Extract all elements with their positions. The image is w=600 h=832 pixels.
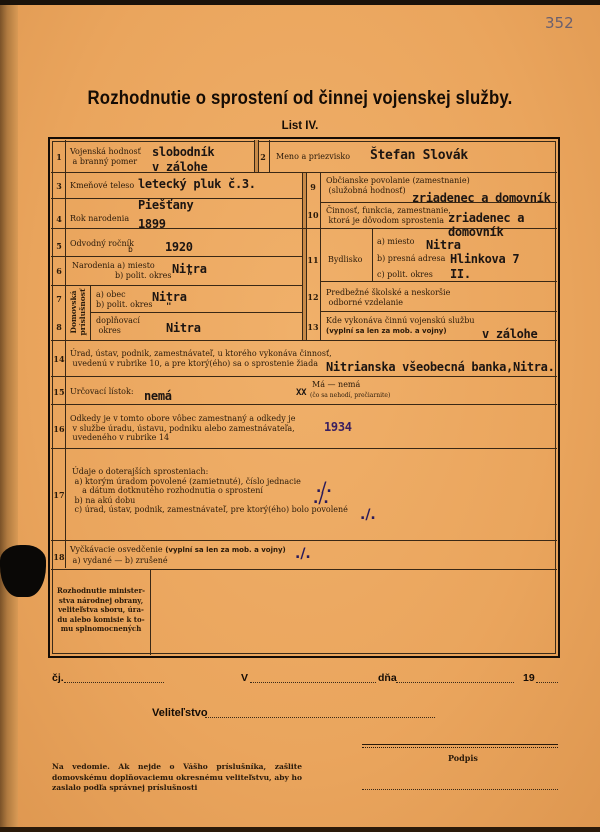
field-value-draft-year[interactable]: 1920 bbox=[165, 240, 193, 254]
field-label-birthplace: Narodenia a) miestob) polit. okres bbox=[72, 261, 171, 280]
field-value-waiting-certificate[interactable]: ./. bbox=[295, 546, 311, 562]
row-number: 17 bbox=[52, 490, 66, 500]
date-label: dňa bbox=[378, 672, 397, 684]
row-number: 15 bbox=[52, 387, 66, 397]
field-label-service-location: Kde vykonáva činnú vojenskú službu(vypln… bbox=[326, 316, 475, 336]
field-label-name: Meno a priezvisko bbox=[276, 152, 350, 162]
field-label-residence: Bydlisko bbox=[328, 255, 362, 265]
field-label-recruitment-district: doplňovací okres bbox=[96, 316, 140, 335]
field-value-id-card[interactable]: nemá bbox=[144, 389, 172, 403]
field-value-occupation[interactable]: zriadenec a domovník bbox=[412, 191, 551, 205]
field-value-rank[interactable]: slobodník bbox=[152, 145, 214, 159]
decision-box-field[interactable] bbox=[152, 571, 556, 655]
group-label-domicile: Domovskápríslušnosť bbox=[70, 286, 87, 338]
row-number: 5 bbox=[52, 241, 66, 251]
footer-note: Na vedomie. Ak nejde o Vášho príslušníka… bbox=[52, 762, 302, 794]
field-sublabel-address: b) presná adresa bbox=[377, 254, 445, 264]
field-options-has-not: Má — nemá bbox=[312, 380, 360, 390]
row-number: 9 bbox=[306, 182, 320, 192]
field-value-name[interactable]: Štefan Slovák bbox=[370, 148, 468, 163]
place-field[interactable] bbox=[250, 682, 376, 683]
field-value-activity[interactable]: zriadenec a bbox=[448, 211, 524, 225]
field-value-birth-place[interactable]: Piešťany bbox=[138, 198, 193, 212]
scan-border-bottom bbox=[0, 827, 600, 832]
scan-border-top bbox=[0, 0, 600, 5]
row-number: 14 bbox=[52, 354, 66, 364]
row-number: 10 bbox=[306, 210, 320, 220]
signature-field-2[interactable] bbox=[362, 789, 558, 790]
field-value-residence-place[interactable]: Nitra bbox=[426, 238, 461, 252]
document-title: Rozhodnutie o sprostení od činnej vojens… bbox=[42, 87, 558, 110]
field-value-reserve-status[interactable]: v zálohe bbox=[152, 160, 207, 174]
row-number: 4 bbox=[52, 214, 66, 224]
field-label-draft-year: Odvodný ročník bbox=[70, 239, 134, 249]
row-number: 3 bbox=[52, 181, 66, 191]
field-label-rank: Vojenská hodnosť a branný pomer bbox=[70, 147, 141, 166]
year-prefix: 19 bbox=[523, 672, 535, 684]
command-label: Veliteľstvo bbox=[152, 707, 208, 719]
reference-number-field[interactable] bbox=[64, 682, 164, 683]
decision-box-label: Rozhodnutie minister- stva národnej obra… bbox=[56, 586, 146, 634]
row-number: 6 bbox=[52, 266, 66, 276]
row-number: 7 bbox=[52, 294, 66, 304]
field-value-recruitment-district[interactable]: Nitra bbox=[166, 321, 201, 335]
row-number: 2 bbox=[256, 152, 270, 162]
field-value-birthplace-district[interactable]: " bbox=[187, 272, 192, 282]
reference-number-label: čj. bbox=[52, 672, 64, 684]
field-sublabel-district: c) polit. okres bbox=[377, 270, 433, 280]
field-label-birth-year: Rok narodenia bbox=[70, 214, 129, 224]
field-label-id-card: Určovací lístok: bbox=[70, 387, 134, 397]
field-label-activity: Činnosť, funkcia, zamestnanie, ktorá je … bbox=[326, 206, 451, 225]
field-label-municipality: a) obecb) polit. okres bbox=[96, 290, 152, 309]
field-value-employment-since[interactable]: 1934 bbox=[324, 420, 352, 434]
row-number: 13 bbox=[306, 322, 320, 332]
field-label-employer: Úrad, ústav, podnik, zamestnávateľ, u kt… bbox=[70, 349, 332, 368]
command-field[interactable] bbox=[205, 717, 435, 718]
row-number: 12 bbox=[306, 292, 320, 302]
field-value-employer[interactable]: Nitrianska všeobecná banka,Nitra. bbox=[326, 360, 555, 374]
ink-blot bbox=[0, 545, 46, 597]
field-value-activity-cont[interactable]: domovník bbox=[448, 225, 503, 239]
row-number: 16 bbox=[52, 424, 66, 434]
row-number: 18 bbox=[52, 552, 66, 562]
field-label-waiting-certificate: Vyčkávacie osvedčenie (vyplní sa len za … bbox=[70, 545, 286, 565]
field-label-education: Predbežné školské a neskoršie odborné vz… bbox=[326, 288, 450, 307]
year-field[interactable] bbox=[536, 682, 558, 683]
row-number: 11 bbox=[306, 255, 320, 265]
field-label-unit: Kmeňové teleso bbox=[70, 181, 134, 191]
place-label: V bbox=[241, 672, 248, 684]
document-subtitle: List IV. bbox=[0, 120, 600, 132]
row-number: 1 bbox=[52, 152, 66, 162]
field-value-service-location[interactable]: v zálohe bbox=[482, 327, 537, 341]
field-label-employment-since: Odkedy je v tomto obore vôbec zamestnaný… bbox=[70, 414, 296, 443]
field-value-unit[interactable]: letecký pluk č.3. bbox=[138, 177, 256, 191]
field-value-exemption-c[interactable]: ./. bbox=[360, 507, 376, 523]
field-options-note: (čo sa nehodí, prečiarnite) bbox=[310, 391, 390, 401]
field-value-exemption-b[interactable]: ./. bbox=[313, 491, 329, 507]
strike-mark: XX bbox=[296, 388, 306, 398]
field-sublabel-place: a) miesto bbox=[377, 237, 414, 247]
field-value-residence-address[interactable]: Hlinkova 7 bbox=[450, 252, 519, 266]
folio-number: 352 bbox=[545, 14, 574, 32]
row-number: 8 bbox=[52, 322, 66, 332]
field-label-previous-exemptions: Údaje o doterajších sprosteniach: a) kto… bbox=[72, 467, 348, 515]
field-value-municipality-district[interactable]: " bbox=[166, 302, 171, 312]
field-value-residence-district[interactable]: II. bbox=[450, 267, 471, 281]
date-field[interactable] bbox=[396, 682, 514, 683]
signature-label: Podpis bbox=[448, 754, 478, 764]
field-value-birth-year[interactable]: 1899 bbox=[138, 217, 166, 231]
field-annotation: b bbox=[128, 245, 133, 255]
signature-line[interactable] bbox=[362, 744, 558, 748]
